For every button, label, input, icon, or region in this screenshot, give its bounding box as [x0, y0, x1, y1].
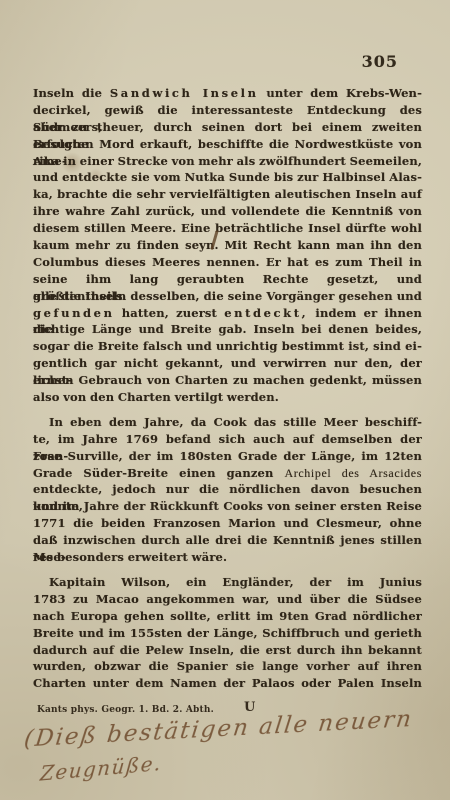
text-line: richtige Länge und Breite gab. Inseln be…: [33, 321, 422, 338]
text-line: ka, brachte die sehr vervielfältigten al…: [33, 186, 422, 203]
text-line: seine ihm lang geraubten Rechte gesetzt,…: [33, 271, 422, 288]
text-line: 1783 zu Macao angekommen war, und über d…: [33, 591, 422, 608]
page-number: 305: [362, 52, 398, 71]
text-line: gefunden hatten, zuerst entdeckt, indem …: [33, 305, 422, 322]
text-line: dadurch auf die Pelew Inseln, die erst d…: [33, 642, 422, 659]
text-line: gentlich gar nicht gekannt, und verwirre…: [33, 355, 422, 372]
text-line: aber zu theuer, durch seinen dort bei ei…: [33, 119, 422, 136]
text-line: Charten unter dem Namen der Palaos oder …: [33, 675, 422, 692]
text-line: und entdeckte sie vom Nutka Sunde bis zu…: [33, 169, 422, 186]
text-line: res besonders erweitert wäre.: [33, 549, 422, 566]
text-line: kaum mehr zu finden seyn. Mit Recht kann…: [33, 237, 422, 254]
text-block: Inseln die Sandwich Inseln unter dem Kre…: [33, 85, 422, 692]
text-line: wurden, obzwar die Spanier sie lange vor…: [33, 658, 422, 675]
handwritten-annotation-line2: Zeugnüße.: [39, 751, 163, 786]
text-line: Columbus dieses Meeres nennen. Er hat es…: [33, 254, 422, 271]
footer-citation: Kants phys. Geogr. 1. Bd. 2. Abth.: [37, 705, 214, 715]
text-line: diesem stillen Meere. Eine beträchtliche…: [33, 220, 422, 237]
text-line: sogar die Breite falsch und unrichtig be…: [33, 338, 422, 355]
text-line: nach Europa gehen sollte, erlitt im 9ten…: [33, 608, 422, 625]
text-line: decirkel, gewiß die interessanteste Entd…: [33, 102, 422, 119]
paragraph: In eben dem Jahre, da Cook das stille Me…: [33, 414, 422, 566]
text-line: Grade Süder-Breite einen ganzen Archipel…: [33, 465, 422, 482]
text-line: 1771 die beiden Franzosen Marion und Cle…: [33, 515, 422, 532]
text-line: lichen Gebrauch von Charten zu machen ge…: [33, 372, 422, 389]
text-line: In eben dem Jahre, da Cook das stille Me…: [33, 414, 422, 431]
text-line: Inseln die Sandwich Inseln unter dem Kre…: [33, 85, 422, 102]
signature-mark: U: [244, 700, 255, 715]
paragraph: Kapitain Wilson, ein Engländer, der im J…: [33, 574, 422, 692]
text-line: te, im Jahre 1769 befand sich auch auf d…: [33, 431, 422, 448]
text-line: entdeckte, jedoch nur die nördlichen dav…: [33, 481, 422, 498]
text-line: ihre wahre Zahl zurück, und vollendete d…: [33, 203, 422, 220]
text-line: rika in einer Strecke von mehr als zwölf…: [33, 153, 422, 170]
text-line: Kapitain Wilson, ein Engländer, der im J…: [33, 574, 422, 591]
text-line: Breite und im 155sten der Länge, Schiffb…: [33, 625, 422, 642]
paragraph: Inseln die Sandwich Inseln unter dem Kre…: [33, 85, 422, 406]
text-line: daß inzwischen durch alle drei die Kennt…: [33, 532, 422, 549]
text-line: zose Surville, der im 180sten Grade der …: [33, 448, 422, 465]
text-line: erfolgten Mord erkauft, beschiffte die N…: [33, 136, 422, 153]
text-line: und im Jahre der Rückkunft Cooks von sei…: [33, 498, 422, 515]
text-line: alle die Inseln desselben, die seine Vor…: [33, 288, 422, 305]
text-line: also von den Charten vertilgt werden.: [33, 389, 422, 406]
